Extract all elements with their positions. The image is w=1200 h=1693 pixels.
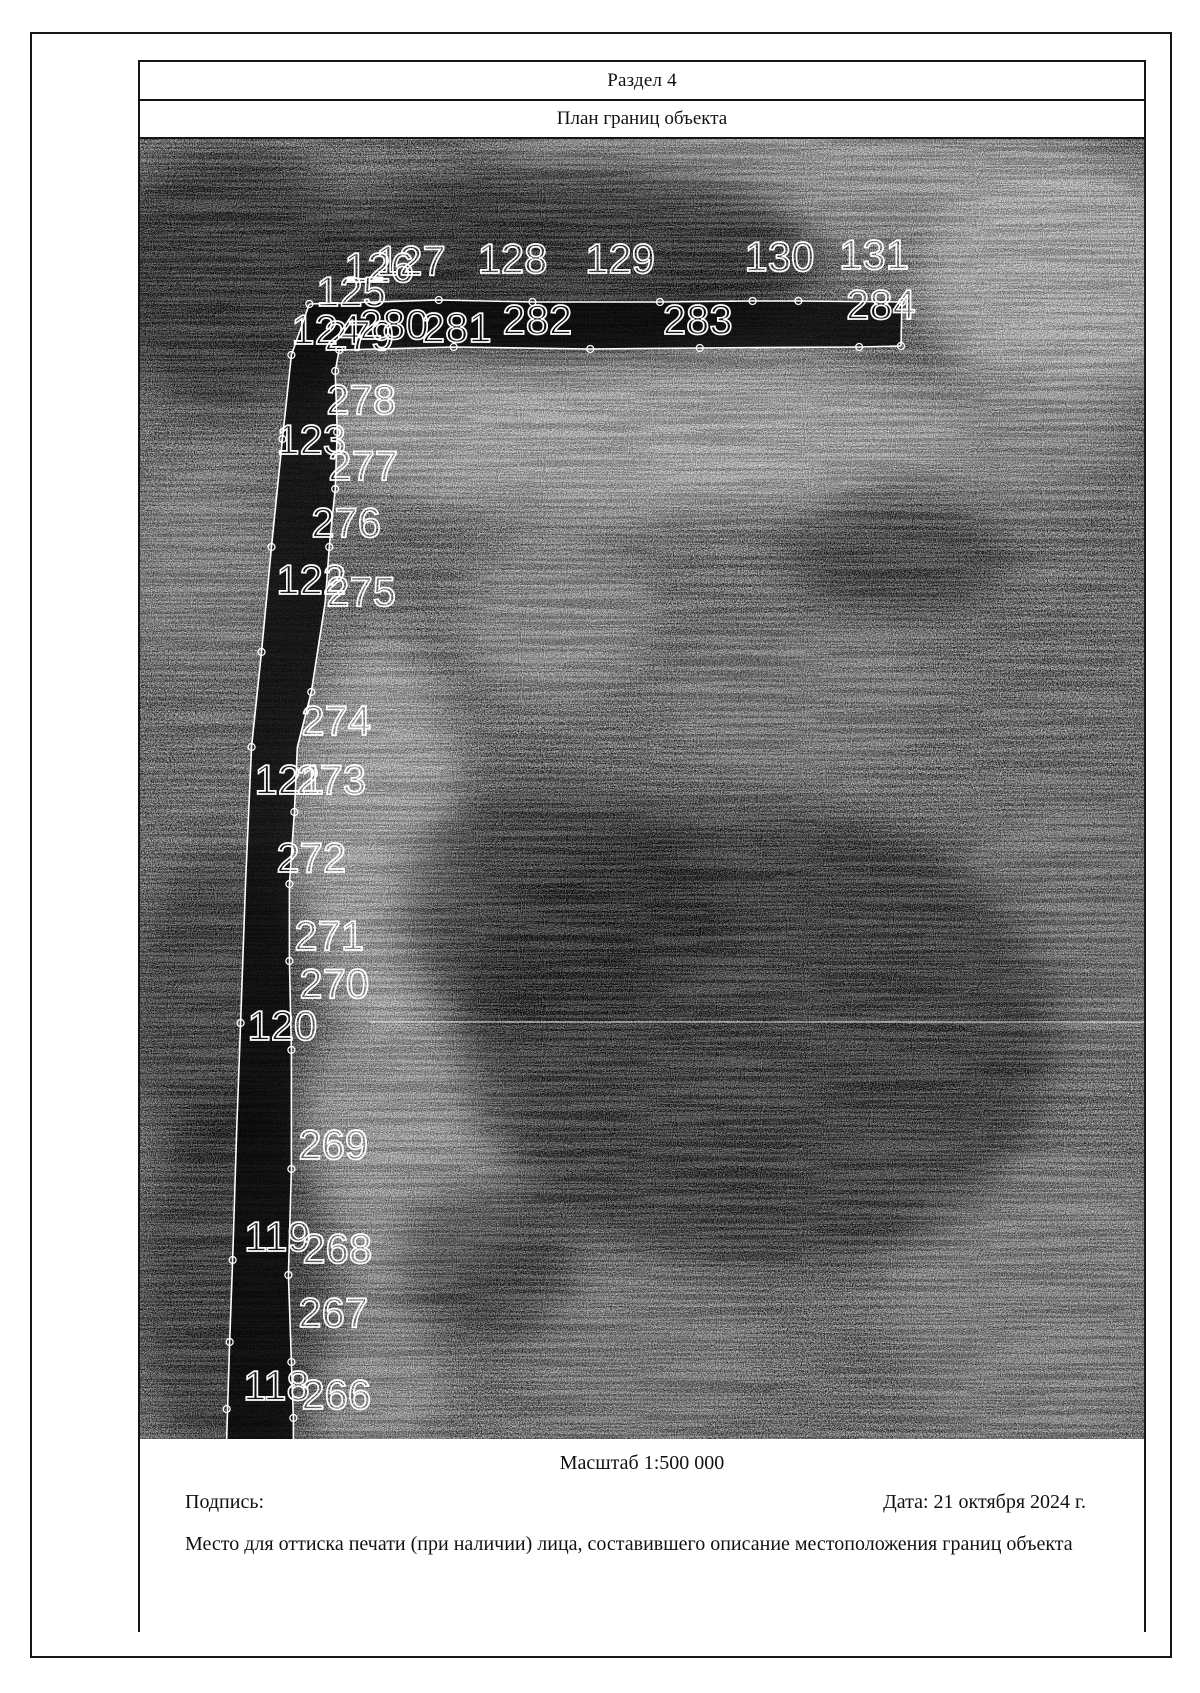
map-point-label: 266 [301, 1371, 371, 1418]
section-title: Раздел 4 [607, 70, 677, 92]
signature-label: Подпись: [185, 1491, 264, 1514]
map-point-label: 268 [302, 1225, 372, 1272]
plan-table: Раздел 4 План границ объекта [138, 60, 1146, 1632]
map-point-label: 127 [376, 237, 446, 284]
plan-header-row: План границ объекта [140, 101, 1144, 139]
map-point-label: 284 [846, 281, 916, 328]
map-point-label: 128 [478, 235, 548, 282]
map-point-label: 130 [745, 233, 815, 280]
map-point-label: 131 [839, 231, 909, 278]
map-point-label: 283 [663, 296, 733, 343]
map-point-label: 273 [296, 756, 366, 803]
map-point-label: 277 [328, 442, 398, 489]
date-label: Дата: 21 октября 2024 г. [883, 1491, 1086, 1514]
map-point-label: 272 [276, 834, 346, 881]
section-header-row: Раздел 4 [140, 62, 1144, 101]
map-point-label: 119 [244, 1213, 311, 1260]
map-point-label: 281 [422, 304, 492, 351]
page-border: Раздел 4 План границ объекта [30, 32, 1172, 1658]
scale-label: Масштаб 1:500 000 [140, 1452, 1144, 1475]
map-point-label: 279 [324, 312, 394, 359]
map-point-label: 276 [311, 499, 381, 546]
boundary-map-cell: 1251261271281291301311242802812822832842… [140, 139, 1144, 1439]
map-point-label: 274 [301, 697, 371, 744]
signature-row: Подпись: Дата: 21 октября 2024 г. [140, 1491, 1144, 1514]
map-point-label: 270 [299, 960, 369, 1007]
map-point-label: 271 [294, 912, 364, 959]
boundary-map-image: 1251261271281291301311242802812822832842… [140, 139, 1144, 1439]
seal-note: Место для оттиска печати (при наличии) л… [140, 1533, 1144, 1556]
map-point-label: 269 [298, 1121, 368, 1168]
map-point-label: 118 [243, 1362, 310, 1409]
map-footer: Масштаб 1:500 000 Подпись: Дата: 21 октя… [140, 1452, 1144, 1643]
map-point-label: 129 [585, 235, 655, 282]
map-point-label: 275 [326, 568, 396, 615]
plan-title: План границ объекта [557, 108, 727, 130]
map-point-label: 120 [248, 1002, 318, 1049]
map-point-label: 282 [503, 296, 573, 343]
map-point-label: 267 [298, 1289, 368, 1336]
